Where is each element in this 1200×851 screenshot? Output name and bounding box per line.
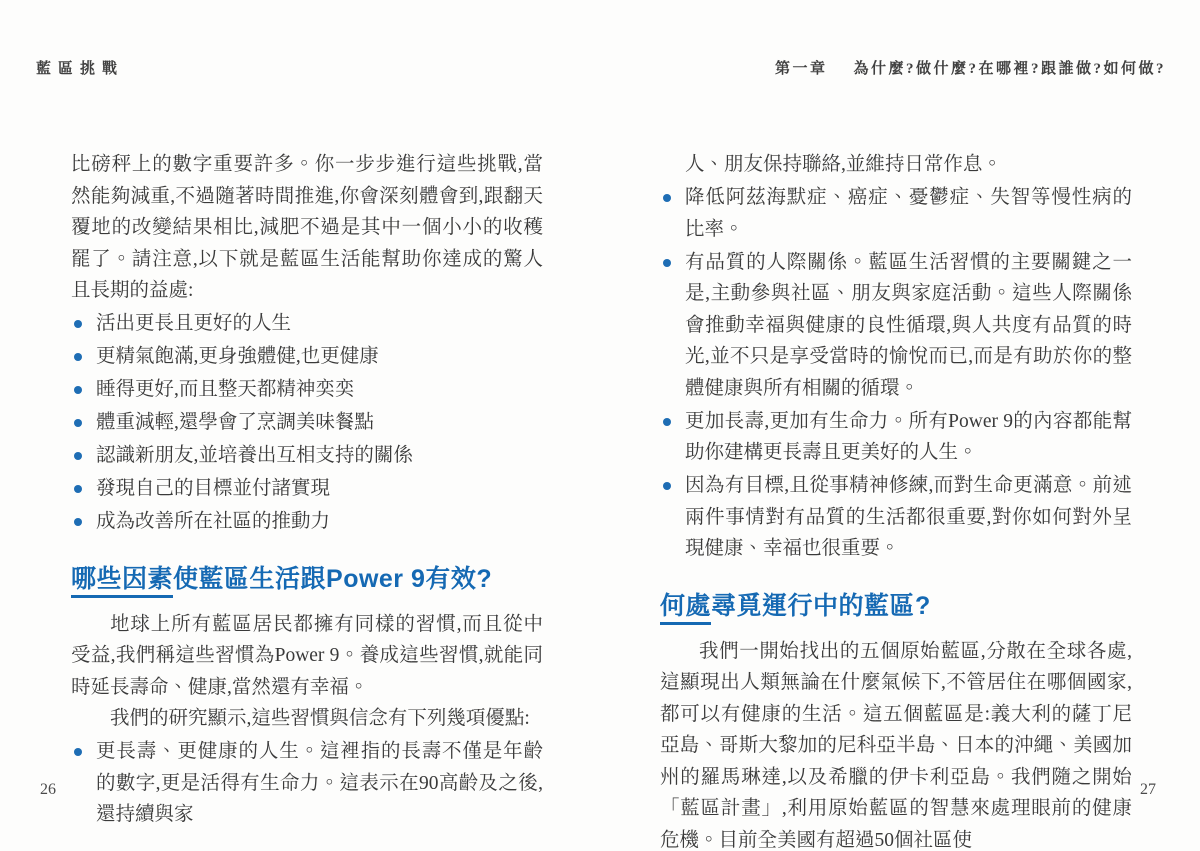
list-item: 更加長壽,更加有生命力。所有Power 9的內容都能幫助你建構更長壽且更美好的人… [660, 406, 1132, 469]
list-item: 活出更長且更好的人生 [71, 308, 543, 340]
advantages-list: 更長壽、更健康的人生。這裡指的長壽不僅是年齡的數字,更是活得有生命力。這表示在9… [71, 736, 543, 831]
list-item-text: 有品質的人際關係。藍區生活習慣的主要關鍵之一是,主動參與社區、朋友與家庭活動。這… [685, 252, 1132, 399]
list-item: 體重減輕,還學會了烹調美味餐點 [71, 407, 543, 439]
book-spread: 藍區挑戰 第一章為什麼?做什麼?在哪裡?跟誰做?如何做? 比磅秤上的數字重要許多… [0, 0, 1200, 851]
list-item: 更精氣飽滿,更身強體健,也更健康 [71, 341, 543, 373]
body-paragraph: 地球上所有藍區居民都擁有同樣的習慣,而且從中受益,我們稱這些習慣為Power 9… [71, 609, 543, 704]
bullet-dot-icon [663, 418, 671, 426]
bullet-dot-icon [74, 386, 82, 394]
list-item-text: 成為改善所在社區的推動力 [96, 511, 330, 532]
list-item: 睡得更好,而且整天都精神奕奕 [71, 374, 543, 406]
heading-underlined-part: 何處 [660, 592, 711, 625]
list-item: 有品質的人際關係。藍區生活習慣的主要關鍵之一是,主動參與社區、朋友與家庭活動。這… [660, 247, 1132, 405]
heading-rest-part: 使藍區生活跟Power 9有效? [173, 565, 492, 593]
left-page-column: 比磅秤上的數字重要許多。你一步步進行這些挑戰,當然能夠減重,不過隨著時間推進,你… [71, 149, 543, 832]
list-item-text: 更加長壽,更加有生命力。所有Power 9的內容都能幫助你建構更長壽且更美好的人… [685, 411, 1132, 464]
bullet-dot-icon [74, 320, 82, 328]
bullet-dot-icon [74, 748, 82, 756]
list-item-text: 更精氣飽滿,更身強體健,也更健康 [96, 346, 379, 367]
bullet-dot-icon [74, 353, 82, 361]
advantages-list-continued: 降低阿茲海默症、癌症、憂鬱症、失智等慢性病的比率。 有品質的人際關係。藍區生活習… [660, 182, 1132, 565]
body-paragraph: 我們一開始找出的五個原始藍區,分散在全球各處,這顯現出人類無論在什麼氣候下,不管… [660, 636, 1132, 851]
list-item: 發現自己的目標並付諸實現 [71, 473, 543, 505]
bullet-dot-icon [663, 259, 671, 267]
list-item-text: 睡得更好,而且整天都精神奕奕 [96, 379, 354, 400]
section-heading-power9: 哪些因素使藍區生活跟Power 9有效? [71, 564, 543, 594]
bullet-dot-icon [663, 482, 671, 490]
list-item-text: 活出更長且更好的人生 [96, 313, 291, 334]
bullet-dot-icon [74, 452, 82, 460]
list-item: 成為改善所在社區的推動力 [71, 506, 543, 538]
list-item: 因為有目標,且從事精神修練,而對生命更滿意。前述兩件事情對有品質的生活都很重要,… [660, 470, 1132, 565]
section-heading-blue-zones: 何處尋覓運行中的藍區? [660, 591, 1132, 621]
list-item-text: 體重減輕,還學會了烹調美味餐點 [96, 412, 374, 433]
chapter-number: 第一章 [775, 61, 828, 77]
page-number-right: 27 [1140, 781, 1156, 799]
running-head-book-title: 藍區挑戰 [36, 57, 124, 78]
continuation-line: 人、朋友保持聯絡,並維持日常作息。 [660, 149, 1132, 181]
right-page-column: 人、朋友保持聯絡,並維持日常作息。 降低阿茲海默症、癌症、憂鬱症、失智等慢性病的… [660, 149, 1132, 851]
bullet-dot-icon [663, 194, 671, 202]
body-paragraph: 我們的研究顯示,這些習慣與信念有下列幾項優點: [71, 703, 543, 735]
book-title-text: 藍區挑戰 [36, 61, 124, 77]
list-item-text: 認識新朋友,並培養出互相支持的關係 [96, 445, 413, 466]
intro-paragraph: 比磅秤上的數字重要許多。你一步步進行這些挑戰,當然能夠減重,不過隨著時間推進,你… [71, 149, 543, 307]
chapter-title: 為什麼?做什麼?在哪裡?跟誰做?如何做? [853, 61, 1166, 77]
benefits-list: 活出更長且更好的人生 更精氣飽滿,更身強體健,也更健康 睡得更好,而且整天都精神… [71, 308, 543, 538]
heading-underlined-part: 哪些因素 [71, 565, 173, 598]
bullet-dot-icon [74, 485, 82, 493]
page-number-left: 26 [40, 781, 56, 799]
list-item-text: 更長壽、更健康的人生。這裡指的長壽不僅是年齡的數字,更是活得有生命力。這表示在9… [96, 741, 543, 825]
bullet-dot-icon [74, 518, 82, 526]
list-item-text: 降低阿茲海默症、癌症、憂鬱症、失智等慢性病的比率。 [685, 187, 1132, 240]
running-head-chapter: 第一章為什麼?做什麼?在哪裡?跟誰做?如何做? [775, 57, 1166, 78]
list-item-text: 因為有目標,且從事精神修練,而對生命更滿意。前述兩件事情對有品質的生活都很重要,… [685, 475, 1132, 559]
list-item-text: 發現自己的目標並付諸實現 [96, 478, 330, 499]
bullet-dot-icon [74, 419, 82, 427]
heading-rest-part: 尋覓運行中的藍區? [711, 592, 931, 620]
list-item: 更長壽、更健康的人生。這裡指的長壽不僅是年齡的數字,更是活得有生命力。這表示在9… [71, 736, 543, 831]
list-item: 認識新朋友,並培養出互相支持的關係 [71, 440, 543, 472]
list-item: 降低阿茲海默症、癌症、憂鬱症、失智等慢性病的比率。 [660, 182, 1132, 245]
